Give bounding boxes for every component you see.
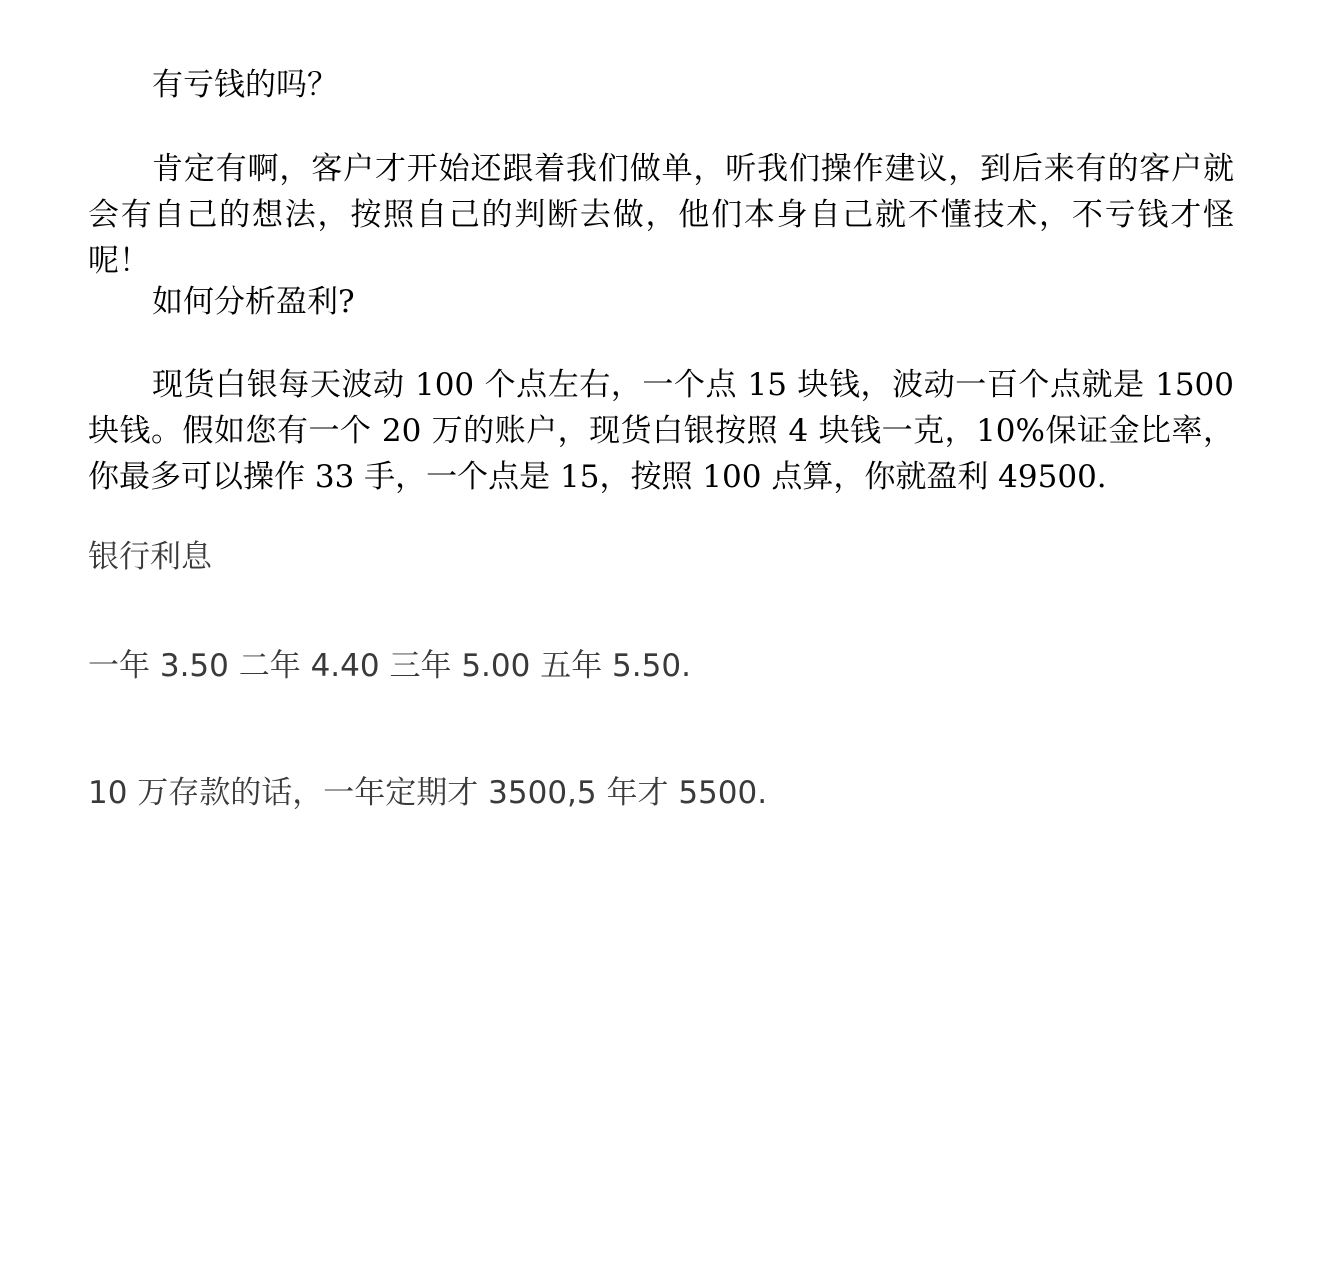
line-deposit-comparison: 10 万存款的话，一年定期才 3500,5 年才 5500. <box>88 772 1234 814</box>
paragraph-answer-losing-money: 肯定有啊，客户才开始还跟着我们做单，听我们操作建议，到后来有的客户就会有自己的想… <box>88 146 1234 284</box>
line-bank-interest-rates: 一年 3.50 二年 4.40 三年 5.00 五年 5.50. <box>88 645 1234 687</box>
heading-bank-interest: 银行利息 <box>88 536 1234 578</box>
paragraph-question-analyze-profit: 如何分析盈利? <box>88 279 1234 325</box>
paragraph-profit-analysis: 现货白银每天波动 100 个点左右，一个点 15 块钱，波动一百个点就是 150… <box>88 362 1234 500</box>
document-page: 有亏钱的吗？ 肯定有啊，客户才开始还跟着我们做单，听我们操作建议，到后来有的客户… <box>0 0 1323 1265</box>
paragraph-question-losing-money: 有亏钱的吗？ <box>88 62 1234 108</box>
